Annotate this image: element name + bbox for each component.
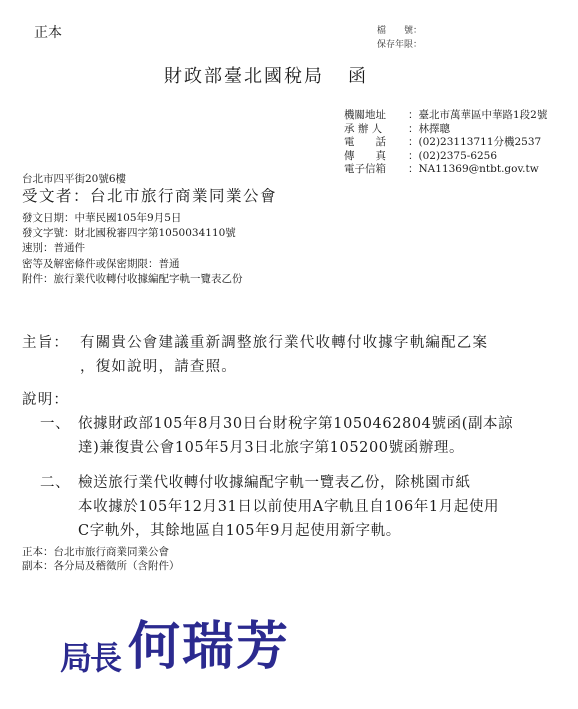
attachment: 附件：旅行業代收轉付收據編配字軌一覽表乙份	[22, 272, 243, 287]
contact-block: 機關地址：臺北市萬華區中華路1段2號 承 辦 人：林擇聰 電 話：(02)231…	[344, 109, 547, 177]
signature-name: 何瑞芳	[128, 616, 290, 677]
classification: 密等及解密條件或保密期限：普通	[22, 257, 243, 272]
signature-seal: 局長何瑞芳	[60, 604, 290, 679]
explanation-item-2: 二、檢送旅行業代收轉付收據編配字軌一覽表乙份，除桃園市紙 本收據於105年12月…	[40, 471, 499, 543]
subject-section: 主旨：有關貴公會建議重新調整旅行業代收轉付收據字軌編配乙案 ，復如說明，請查照。	[22, 331, 488, 379]
document-type: 函	[348, 66, 368, 87]
document-meta: 發文日期：中華民國105年9月5日 發文字號：財北國稅審四字第105003411…	[22, 211, 243, 287]
contact-address: 機關地址：臺北市萬華區中華路1段2號	[344, 109, 547, 123]
contact-email: 電子信箱：NA11369@ntbt.gov.tw	[344, 163, 547, 177]
signature-position: 局長	[60, 639, 120, 677]
distribution-copy: 副本：各分局及稽徵所（含附件）	[22, 560, 180, 574]
urgency: 速別：普通件	[22, 241, 243, 256]
distribution-list: 正本：台北市旅行商業同業公會 副本：各分局及稽徵所（含附件）	[22, 546, 180, 573]
file-meta: 檔 號： 保存年限：	[377, 24, 422, 52]
document-title: 財政部臺北國稅局函	[164, 62, 368, 88]
explanation-item-1: 一、依據財政部105年8月30日台財稅字第1050462804號函(副本諒 達)…	[40, 412, 513, 460]
distribution-original: 正本：台北市旅行商業同業公會	[22, 546, 180, 560]
subject-line-2: ，復如說明，請查照。	[22, 355, 488, 379]
contact-handler: 承 辦 人：林擇聰	[344, 123, 547, 137]
issue-date: 發文日期：中華民國105年9月5日	[22, 211, 243, 226]
explanation-label: 說明：	[22, 388, 69, 409]
issuer-name: 財政部臺北國稅局	[164, 66, 324, 87]
issue-number: 發文字號：財北國稅審四字第1050034110號	[22, 226, 243, 241]
contact-phone: 電 話：(02)23113711分機2537	[344, 136, 547, 150]
copy-mark: 正本	[34, 22, 62, 42]
retention-label: 保存年限：	[377, 38, 422, 52]
subject-line-1: 有關貴公會建議重新調整旅行業代收轉付收據字軌編配乙案	[80, 335, 488, 351]
subject-label: 主旨：	[22, 331, 80, 355]
contact-fax: 傳 真：(02)2375-6256	[344, 150, 547, 164]
file-number-label: 檔 號：	[377, 24, 422, 38]
recipient-name: 受文者：台北市旅行商業同業公會	[22, 184, 277, 206]
